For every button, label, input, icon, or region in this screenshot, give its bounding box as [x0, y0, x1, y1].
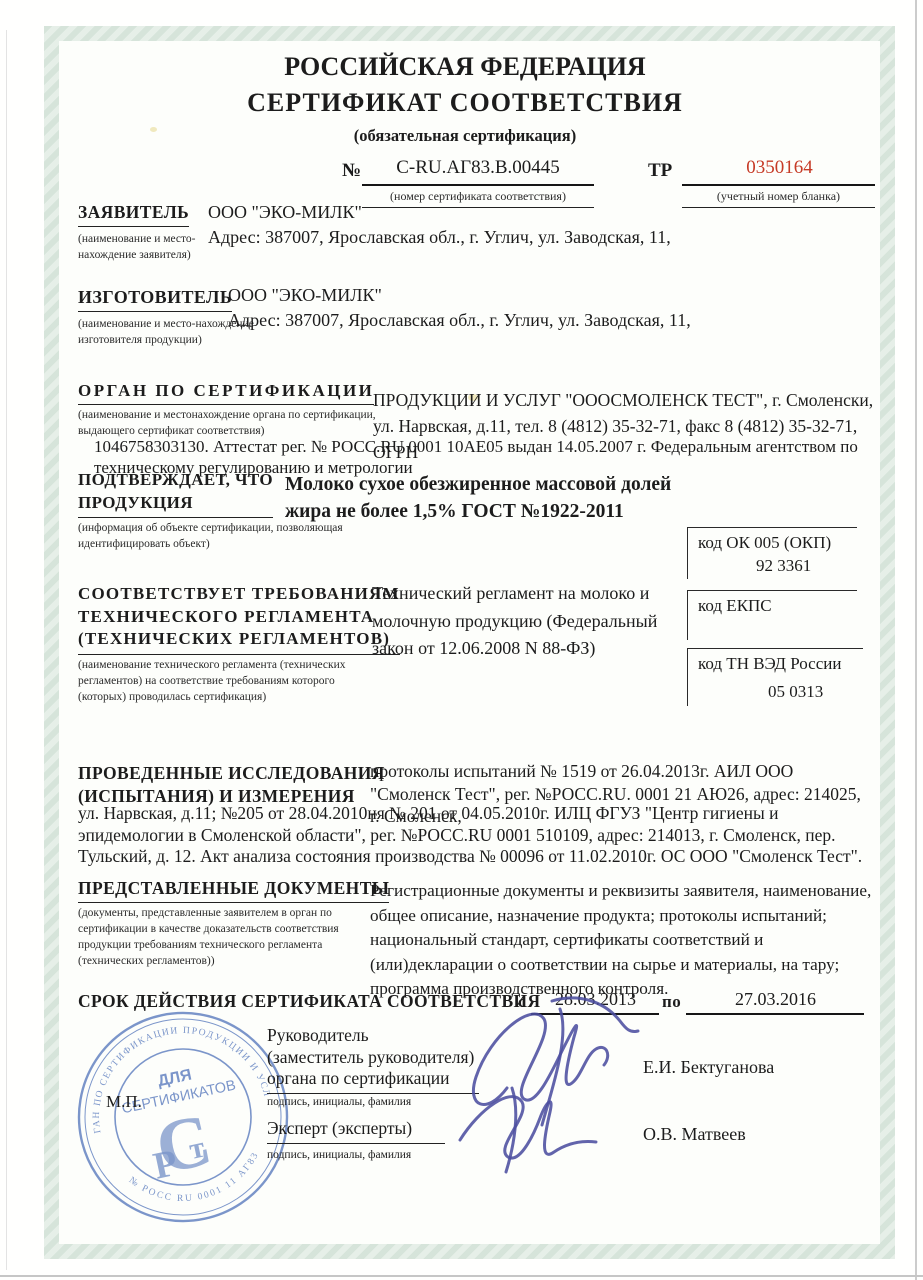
- validity-to-date: 27.03.2016: [688, 989, 863, 1010]
- applicant-address: Адрес: 387007, Ярославская обл., г. Угли…: [208, 225, 671, 249]
- expert-signature-caption: подпись, инициалы, фамилия: [267, 1149, 411, 1161]
- documents-caption: (документы, представленные заявителем в …: [78, 906, 370, 969]
- conformity-label-line1: СООТВЕТСТВУЕТ ТРЕБОВАНИЯМ: [78, 583, 400, 606]
- validity-to-rule: [686, 1013, 864, 1015]
- blank-number-value: 0350164: [684, 157, 875, 179]
- conformity-value: Технический регламент на молоко и молочн…: [372, 580, 668, 663]
- head-role-line2: (заместитель руководителя): [267, 1047, 479, 1069]
- documents-value: Регистрационные документы и реквизиты за…: [370, 879, 886, 1002]
- manufacturer-name: ООО "ЭКО-МИЛК": [228, 283, 382, 307]
- cert-number-rule: [362, 184, 594, 186]
- conformity-caption: (наименование технического регламента (т…: [78, 658, 366, 706]
- page-title: СЕРТИФИКАТ СООТВЕТСТВИЯ: [60, 88, 870, 118]
- conformity-label-line3: (ТЕХНИЧЕСКИХ РЕГЛАМЕНТОВ): [78, 628, 400, 651]
- confirms-caption: (информация об объекте сертификации, поз…: [78, 521, 378, 553]
- ekps-code-label: код ЕКПС: [698, 596, 857, 616]
- head-role-line1: Руководитель: [267, 1025, 479, 1047]
- certification-type-subtitle: (обязательная сертификация): [60, 126, 870, 146]
- confirms-label-line2: ПРОДУКЦИЯ: [78, 491, 273, 514]
- blank-number-caption: (учетный номер бланка): [682, 188, 875, 208]
- cert-body-label: ОРГАН ПО СЕРТИФИКАЦИИ: [78, 381, 374, 405]
- conformity-label-line2: ТЕХНИЧЕСКОГО РЕГЛАМЕНТА: [78, 606, 400, 629]
- scan-edge-right: [915, 0, 917, 1280]
- okp-code-value: 92 3361: [756, 556, 857, 576]
- mp-seal-placeholder: М.П.: [106, 1092, 142, 1112]
- tests-label-line1: ПРОВЕДЕННЫЕ ИССЛЕДОВАНИЯ: [78, 762, 385, 785]
- documents-label: ПРЕДСТАВЛЕННЫЕ ДОКУМЕНТЫ: [78, 878, 389, 903]
- confirms-label-line1: ПОДТВЕРЖДАЕТ, ЧТО: [78, 468, 273, 491]
- head-signature-caption: подпись, инициалы, фамилия: [267, 1096, 411, 1108]
- scan-edge-left: [6, 30, 7, 1270]
- tnved-code-label: код ТН ВЭД России: [698, 654, 863, 674]
- expert-signature-ink: [442, 1078, 632, 1178]
- manufacturer-address: Адрес: 387007, Ярославская обл., г. Угли…: [228, 308, 691, 332]
- country-title: РОССИЙСКАЯ ФЕДЕРАЦИЯ: [60, 52, 870, 82]
- blank-number-prefix: ТР: [648, 160, 672, 182]
- applicant-name: ООО "ЭКО-МИЛК": [208, 200, 362, 224]
- product-description: Молоко сухое обезжиренное массовой долей…: [285, 471, 717, 525]
- certificate-page: РОССИЙСКАЯ ФЕДЕРАЦИЯ СЕРТИФИКАТ СООТВЕТС…: [0, 0, 923, 1280]
- tests-value-full: ул. Нарвская, д.11; №205 от 28.04.2010ня…: [78, 803, 876, 868]
- expert-role: Эксперт (эксперты): [267, 1118, 445, 1144]
- manufacturer-label: ИЗГОТОВИТЕЛЬ: [78, 287, 232, 312]
- okp-code-box: код ОК 005 (ОКП) 92 3361: [687, 527, 857, 579]
- cert-number-prefix: №: [342, 160, 361, 182]
- certification-stamp: ОРГАН ПО СЕРТИФИКАЦИИ ПРОДУКЦИИ И УСЛУГ …: [66, 1000, 300, 1234]
- cert-body-caption: (наименование и местонахождение органа п…: [78, 408, 376, 440]
- okp-code-label: код ОК 005 (ОКП): [698, 533, 857, 553]
- scan-edge-bottom: [0, 1275, 923, 1277]
- cert-number-caption: (номер сертификата соответствия): [362, 188, 594, 208]
- applicant-label: ЗАЯВИТЕЛЬ: [78, 202, 189, 227]
- tnved-code-box: код ТН ВЭД России 05 0313: [687, 648, 863, 706]
- blank-number-rule: [682, 184, 875, 186]
- tnved-code-value: 05 0313: [768, 682, 863, 702]
- ekps-code-box: код ЕКПС: [687, 590, 857, 640]
- cert-number-value: C-RU.АГ83.В.00445: [362, 157, 594, 179]
